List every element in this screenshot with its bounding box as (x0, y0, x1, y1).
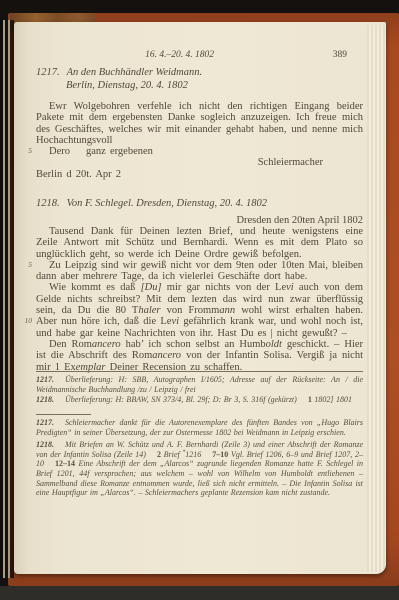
letter-1218-paragraph: Zu Leipzig sind wir gewiß nicht vor dem … (36, 260, 363, 283)
apparatus-section: 1217.Überlieferung: H: SBB, Autographen … (36, 375, 363, 406)
apparatus-rule (36, 371, 363, 372)
page-number: 389 (333, 50, 347, 60)
letter-1217-dateline: Berlin d 20t. Apr 2 (36, 169, 363, 180)
commentary-rule (36, 414, 91, 415)
commentary-entry: 1217.Schleiermacher dankt für die Autore… (36, 418, 363, 437)
margin-line-number: 10 (20, 316, 32, 325)
letter-1218-paragraph: Den Romancero hab’ ich schon selbst an H… (36, 339, 363, 373)
letter-1217-heading: 1217.An den Buchhändler Weidmann. Berlin… (36, 66, 363, 92)
header-date-range: 16. 4.–20. 4. 1802 (36, 50, 323, 60)
letter-1218-paragraph: Wie kommt es daß [Du] mir gar nichts von… (36, 282, 363, 338)
letter-1217-heading-line1: 1217.An den Buchhändler Weidmann. (36, 66, 363, 79)
table-surface (0, 586, 399, 600)
margin-line-number: 5 (20, 146, 32, 155)
letter-1218-body: Tausend Dank für Deinen lezten Brief, un… (36, 226, 363, 373)
page-stack-edges (367, 25, 386, 572)
book-gutter (0, 20, 14, 578)
letter-1217-heading-line2: Berlin, Dienstag, 20. 4. 1802 (36, 79, 363, 92)
running-header: 16. 4.–20. 4. 1802 389 (36, 50, 363, 62)
letter-1217-paragraph: Ewr Wolgebohren verfehle ich nicht den r… (36, 101, 363, 146)
book-page: 16. 4.–20. 4. 1802 389 1217.An den Buchh… (14, 22, 386, 574)
apparatus-entry: 1218.Überlieferung: H: BBAW, SN 373/4, B… (36, 395, 363, 405)
commentary-section: 1217.Schleiermacher dankt für die Autore… (36, 418, 363, 501)
letter-1217-signature: Schleiermacher (36, 157, 363, 168)
letter-1217-valediction: Deroganz ergebenen (36, 146, 363, 157)
commentary-entry: 1218.Mit Briefen an W. Schütz und A. F. … (36, 440, 363, 498)
margin-line-number: 5 (20, 260, 32, 269)
letter-1218-dateline: Dresden den 20ten April 1802 (36, 215, 383, 226)
apparatus-entry: 1217.Überlieferung: H: SBB, Autographen … (36, 375, 363, 394)
letter-1217-body: Ewr Wolgebohren verfehle ich nicht den r… (36, 101, 363, 180)
letter-1218-paragraph: Tausend Dank für Deinen lezten Brief, un… (36, 226, 363, 260)
letter-1218-heading: 1218.Von F. Schlegel. Dresden, Dienstag,… (36, 197, 363, 210)
